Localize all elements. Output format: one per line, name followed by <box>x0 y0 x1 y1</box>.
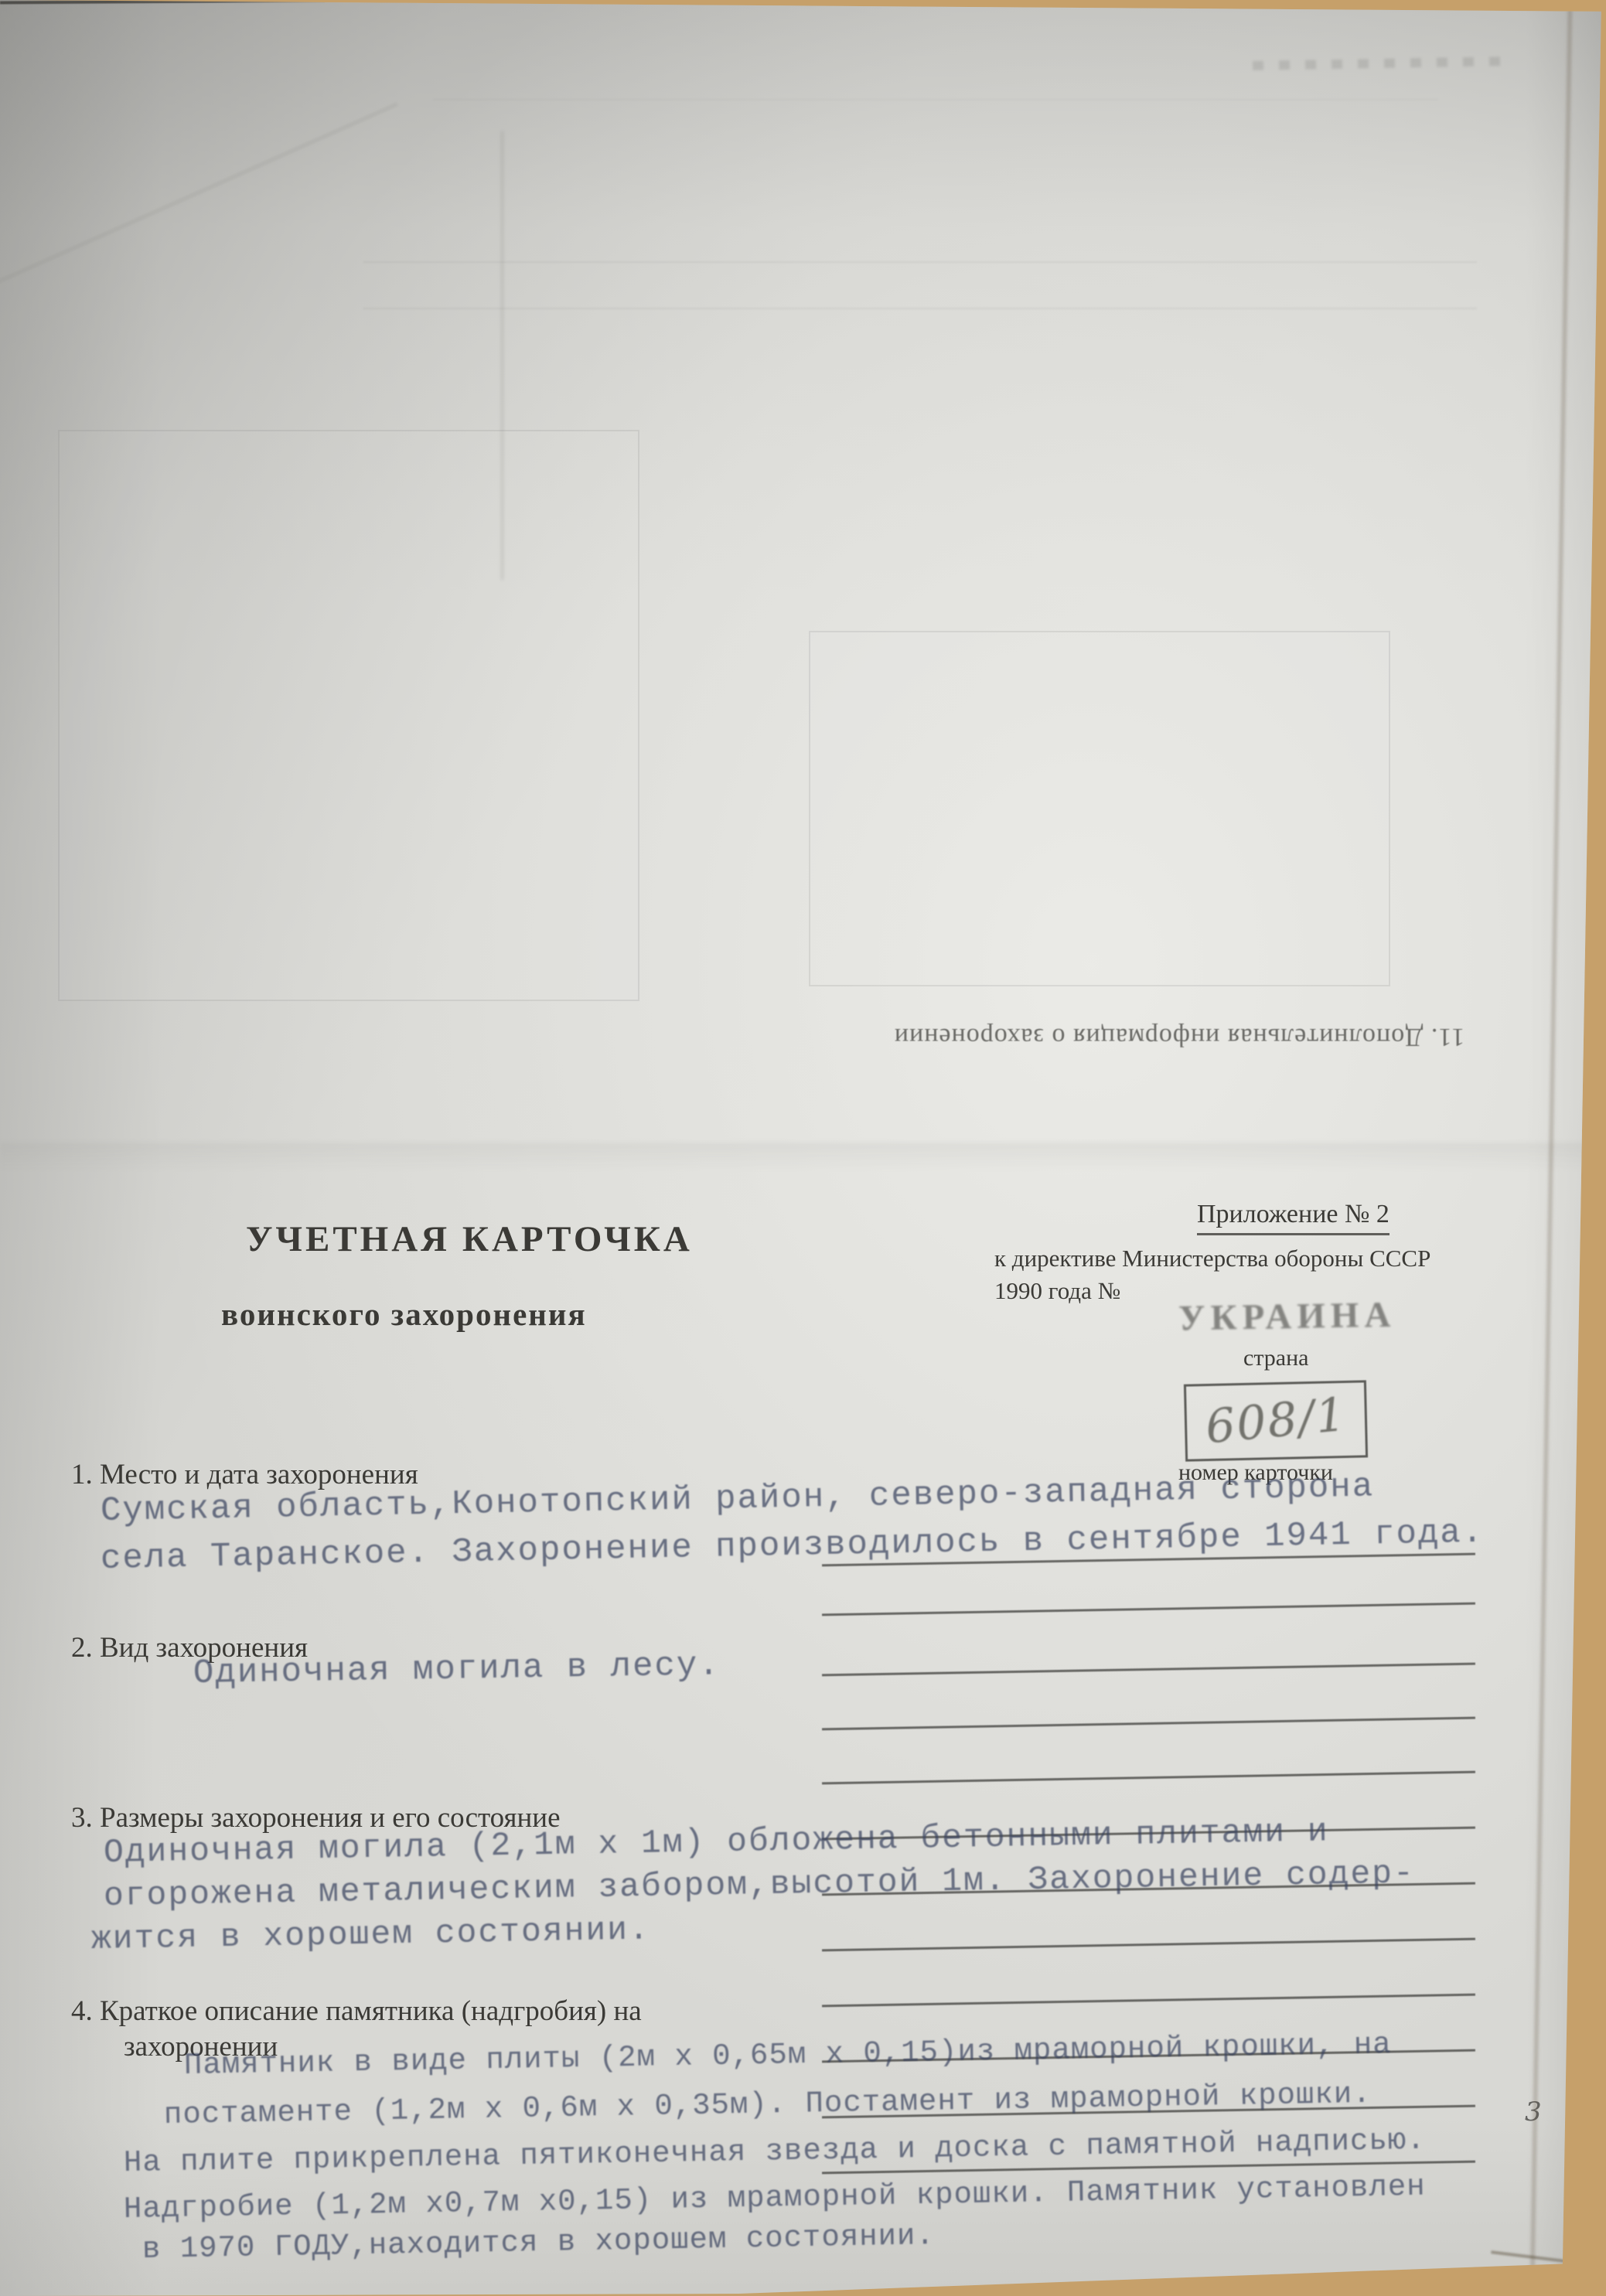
item4-typed-line: Памятник в виде плиты (2м х 0,65м х 0,15… <box>184 2028 1392 2083</box>
item2-typed-line: Одиночная могила в лесу. <box>193 1646 721 1693</box>
bleedthrough-rule-3 <box>433 99 1438 100</box>
item4-typed-line: постаменте (1,2м х 0,6м х 0,35м). Постам… <box>164 2077 1372 2132</box>
bleedthrough-rule-2 <box>363 308 1477 309</box>
card-number-handwritten: 608/1 <box>1203 1388 1349 1455</box>
item4-typed-line: На плите прикреплена пятиконечная звезда… <box>124 2124 1426 2180</box>
form-rule <box>822 1771 1475 1785</box>
bleedthrough-rule-1 <box>363 261 1477 263</box>
card-title-line1: УЧЕТНАЯ КАРТОЧКА <box>246 1218 693 1260</box>
item3-typed-line: жится в хорошем состоянии. <box>91 1910 651 1958</box>
scanned-photo: { "page": { "reverse_note": "11. Дополни… <box>0 0 1606 2296</box>
item4-label: 4. Краткое описание памятника (надгробия… <box>71 1995 642 2028</box>
country-caption: страна <box>1243 1345 1308 1371</box>
country-stamp: УКРАИНА <box>1178 1294 1396 1340</box>
annex-year-line: 1990 года № <box>994 1277 1120 1305</box>
form-rule <box>822 1663 1475 1677</box>
registration-card-page: 11. Дополнительная информация о захороне… <box>0 0 1606 2296</box>
bleedthrough-marks-top-right <box>1253 56 1508 70</box>
form-rule <box>822 1938 1475 1952</box>
reverse-side-section-caption: 11. Дополнительная информация о захороне… <box>851 1022 1508 1051</box>
mid-fold-band <box>0 1143 1606 1170</box>
form-rule <box>822 1603 1475 1616</box>
card-title-line2: воинского захоронения <box>221 1296 587 1333</box>
bleedthrough-frame-right <box>809 631 1390 986</box>
item4-typed-line: в 1970 ГОДУ,находится в хорошем состояни… <box>142 2219 936 2267</box>
item4-typed-line: Надгробие (1,2м х0,7м х0,15) из мраморно… <box>124 2170 1426 2226</box>
form-rule <box>822 1717 1475 1731</box>
card-number-box: 608/1 <box>1184 1380 1368 1461</box>
annex-heading: Приложение № 2 <box>1197 1200 1389 1235</box>
form-rule <box>822 1994 1475 2008</box>
bleedthrough-frame-left <box>58 430 639 1001</box>
diagonal-fold-crease <box>0 103 398 294</box>
annex-directive-line: к директиве Министерства обороны СССР <box>994 1245 1430 1272</box>
country-underline <box>0 0 325 4</box>
paper-right-edge-shadow <box>1531 8 1572 2269</box>
